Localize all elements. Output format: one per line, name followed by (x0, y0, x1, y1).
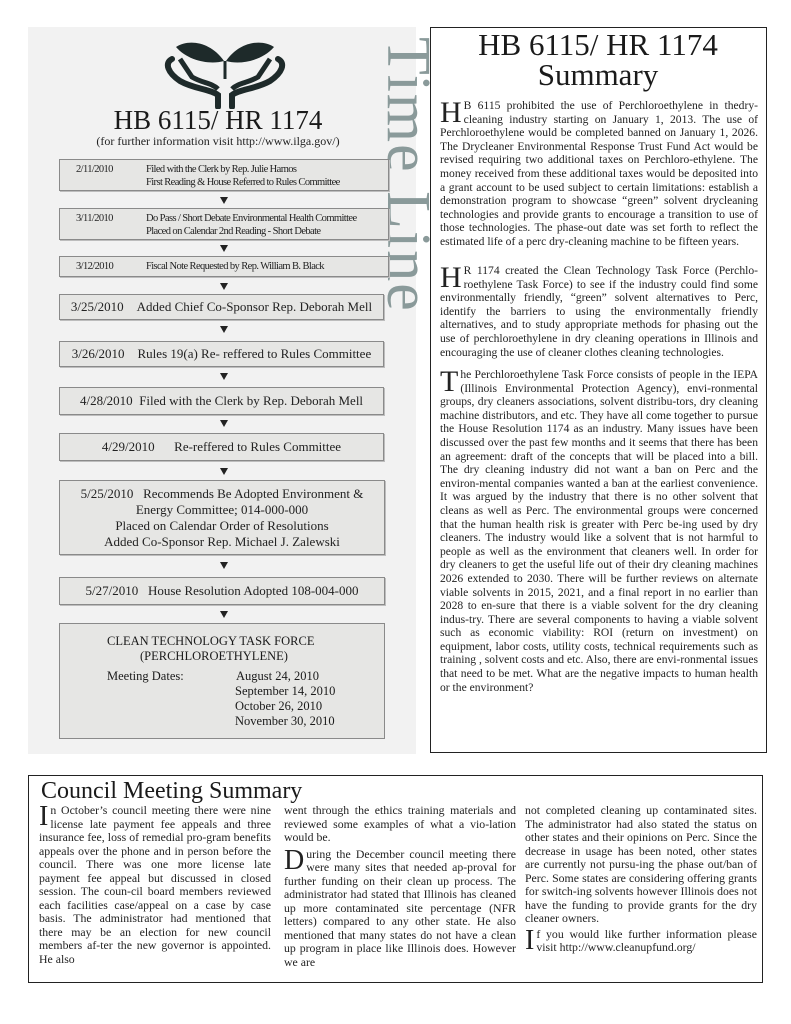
timeline-entry: 3/11/2010 Do Pass / Short Debate Environ… (59, 208, 389, 240)
entry-text: Placed on Calendar Order of Resolutions (60, 518, 384, 534)
entry-date: 4/28/2010 (80, 393, 133, 408)
meeting-date: August 24, 2010 (236, 669, 319, 684)
dropcap: T (440, 370, 458, 394)
entry-text: Do Pass / Short Debate Environmental Hea… (146, 212, 357, 225)
meeting-date: November 30, 2010 (235, 714, 335, 729)
further-info-link-text: f you would like further information ple… (536, 927, 757, 955)
timeline-entry: 3/12/2010 Fiscal Note Requested by Rep. … (59, 256, 389, 277)
council-column-2: went through the ethics training materia… (284, 804, 516, 969)
entry-text: House Resolution Adopted 108-004-000 (148, 583, 359, 598)
arrow-down-icon (220, 283, 228, 290)
council-title: Council Meeting Summary (41, 778, 302, 804)
timeline-entry: 5/25/2010 Recommends Be Adopted Environm… (59, 480, 385, 555)
summary-paragraph: HR 1174 created the Clean Technology Tas… (440, 264, 758, 359)
timeline-subtitle: (for further information visit http://ww… (28, 134, 408, 148)
entry-text: Added Co-Sponsor Rep. Michael J. Zalewsk… (60, 534, 384, 550)
council-column-3: not completed cleaning up contaminated s… (525, 804, 757, 955)
timeline-entry: 3/26/2010 Rules 19(a) Re- reffered to Ru… (59, 341, 384, 367)
timeline-entry: 4/28/2010 Filed with the Clerk by Rep. D… (59, 387, 384, 415)
entry-date: 3/12/2010 (76, 260, 113, 273)
timeline-entry: 5/27/2010 House Resolution Adopted 108-0… (59, 577, 385, 605)
arrow-down-icon (220, 562, 228, 569)
timeline-panel: Time Line HB 6115/ HR 1174 (for further … (28, 27, 416, 754)
paragraph-text: uring the December council meeting there… (284, 847, 516, 969)
entry-text: Placed on Calendar 2nd Reading - Short D… (146, 225, 321, 238)
dropcap: H (440, 266, 462, 290)
paragraph-text: he Perchloroethylene Task Force consists… (440, 368, 758, 694)
timeline-entry: 3/25/2010 Added Chief Co-Sponsor Rep. De… (59, 294, 384, 320)
arrow-down-icon (220, 245, 228, 252)
dropcap: H (440, 101, 462, 125)
task-force-title: CLEAN TECHNOLOGY TASK FORCE (107, 634, 314, 649)
entry-date: 2/11/2010 (76, 163, 113, 176)
arrow-down-icon (220, 468, 228, 475)
dropcap: D (284, 850, 304, 872)
summary-title-line2: Summary (538, 57, 659, 92)
summary-paragraph: HB 6115 prohibited the use of Perchloroe… (440, 99, 758, 249)
timeline-title: HB 6115/ HR 1174 (28, 105, 408, 135)
entry-text: Energy Committee; 014-000-000 (60, 502, 384, 518)
task-force-subtitle: (PERCHLOROETHYLENE) (140, 649, 288, 664)
entry-date: 3/26/2010 (72, 346, 125, 361)
entry-text: Added Chief Co-Sponsor Rep. Deborah Mell (137, 299, 372, 314)
paragraph-text: R 1174 created the Clean Technology Task… (440, 264, 758, 359)
paragraph-text: not completed cleaning up contaminated s… (525, 804, 757, 926)
paragraph-text: B 6115 prohibited the use of Perchloroet… (440, 99, 758, 248)
timeline-entry: 4/29/2010 Re-reffered to Rules Committee (59, 433, 384, 461)
council-summary-panel: Council Meeting Summary In October’s cou… (28, 775, 763, 983)
entry-date: 3/25/2010 (71, 299, 124, 314)
entry-date: 5/25/2010 (81, 486, 134, 501)
paragraph-text: n October’s council meeting there were n… (39, 803, 271, 966)
entry-text: Recommends Be Adopted Environment & (143, 486, 363, 501)
arrow-down-icon (220, 326, 228, 333)
entry-text: Filed with the Clerk by Rep. Julie Hamos (146, 163, 296, 176)
arrow-down-icon (220, 420, 228, 427)
entry-text: Rules 19(a) Re- reffered to Rules Commit… (138, 346, 372, 361)
meeting-date: October 26, 2010 (235, 699, 322, 714)
entry-date: 4/29/2010 (102, 439, 155, 454)
meeting-date: September 14, 2010 (235, 684, 335, 699)
arrow-down-icon (220, 611, 228, 618)
summary-title: HB 6115/ HR 1174 Summary (431, 30, 765, 90)
dropcap: I (39, 806, 48, 828)
entry-text: Filed with the Clerk by Rep. Deborah Mel… (139, 393, 363, 408)
entry-date: 5/27/2010 (86, 583, 139, 598)
summary-panel: HB 6115/ HR 1174 Summary HB 6115 prohibi… (430, 27, 767, 753)
task-force-box: CLEAN TECHNOLOGY TASK FORCE (PERCHLOROET… (59, 623, 385, 739)
dropcap: I (525, 930, 534, 952)
arrow-down-icon (220, 373, 228, 380)
entry-date: 3/11/2010 (76, 212, 113, 225)
council-column-1: In October’s council meeting there were … (39, 804, 271, 966)
arrow-down-icon (220, 197, 228, 204)
plant-in-hands-icon (158, 33, 292, 109)
entry-text: First Reading & House Referred to Rules … (146, 176, 340, 189)
meeting-dates-label: Meeting Dates: (107, 669, 184, 684)
entry-text: Fiscal Note Requested by Rep. William B.… (146, 260, 324, 273)
entry-text: Re-reffered to Rules Committee (174, 439, 341, 454)
summary-paragraph: The Perchloroethylene Task Force consist… (440, 368, 758, 694)
timeline-entry: 2/11/2010 Filed with the Clerk by Rep. J… (59, 159, 389, 191)
paragraph-text: went through the ethics training materia… (284, 804, 516, 845)
